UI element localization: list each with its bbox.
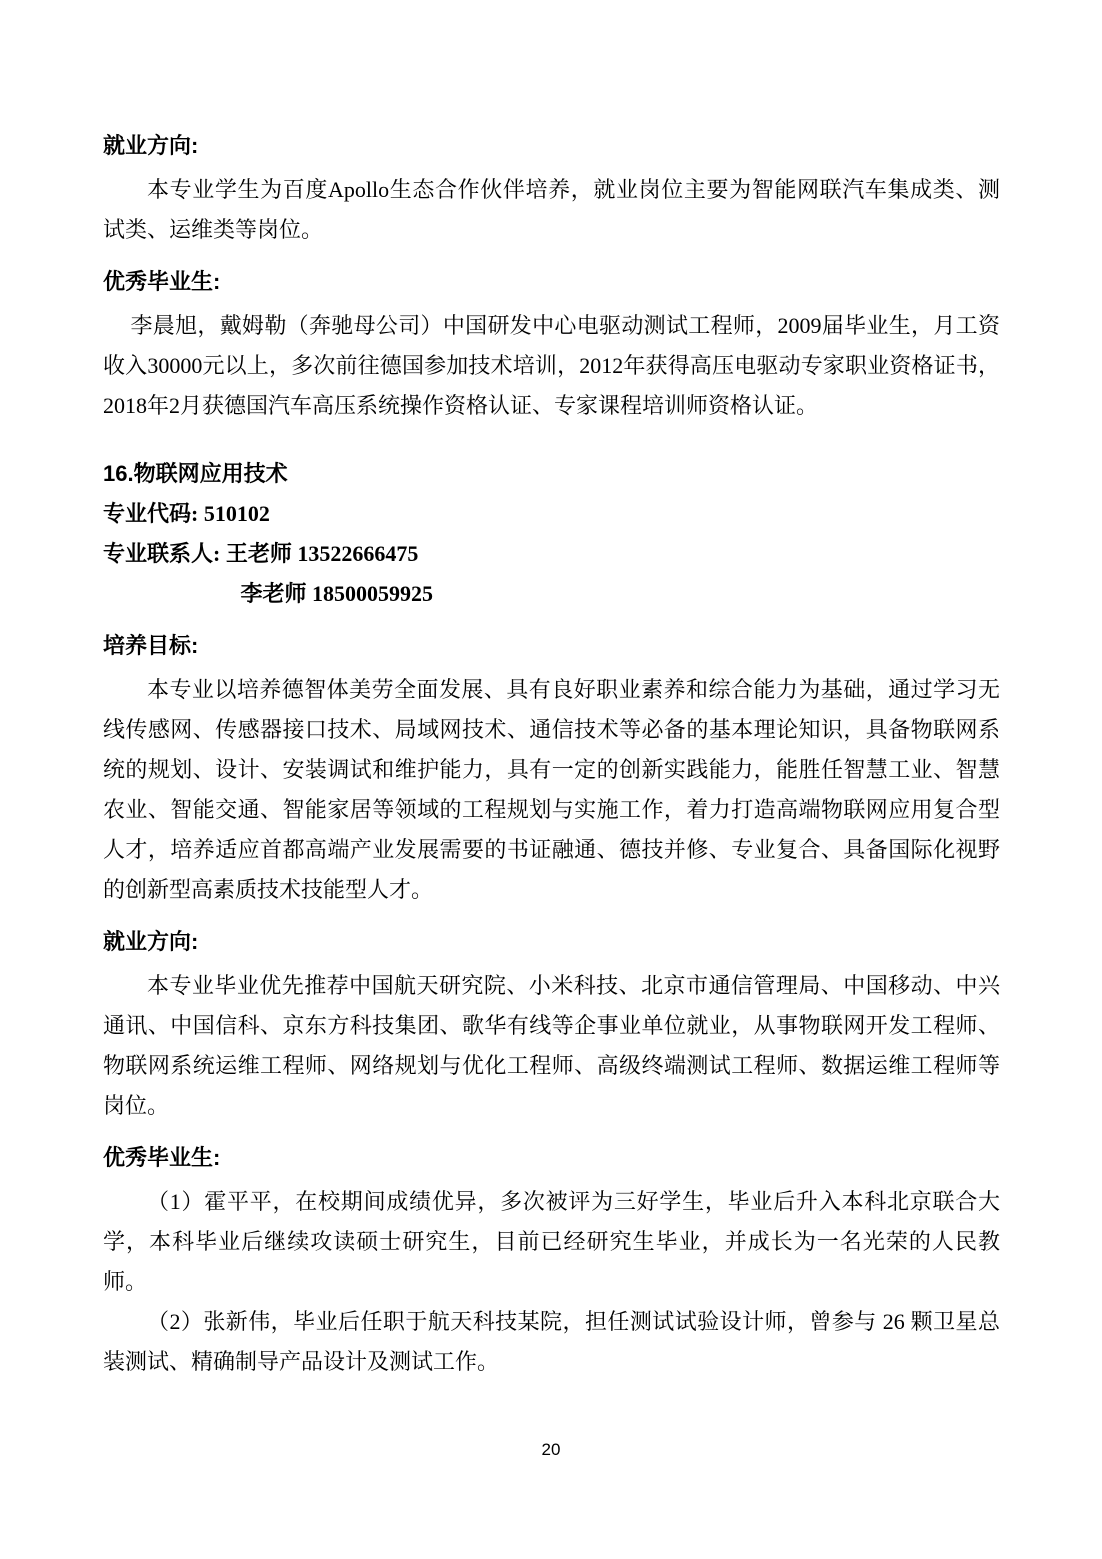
document-page: 就业方向: 本专业学生为百度Apollo生态合作伙伴培养，就业岗位主要为智能网联… bbox=[0, 0, 1102, 1559]
major-contact-label: 专业联系人: bbox=[103, 541, 226, 566]
outstanding-graduates-heading-prev: 优秀毕业生: bbox=[103, 262, 1000, 302]
major-contact-line: 专业联系人: 王老师 13522666475 bbox=[103, 534, 1000, 574]
major-contact-first: 王老师 13522666475 bbox=[226, 541, 419, 566]
major-code-label: 专业代码: bbox=[103, 501, 204, 526]
outstanding-graduates-paragraph-prev: 李晨旭，戴姆勒（奔驰母公司）中国研发中心电驱动测试工程师，2009届毕业生，月工… bbox=[103, 306, 1000, 426]
employment-direction-paragraph-prev: 本专业学生为百度Apollo生态合作伙伴培养，就业岗位主要为智能网联汽车集成类、… bbox=[103, 170, 1000, 250]
outstanding-graduate-2-paragraph: （2）张新伟，毕业后任职于航天科技某院，担任测试试验设计师，曾参与 26 颗卫星… bbox=[103, 1302, 1000, 1382]
employment-direction-heading-prev: 就业方向: bbox=[103, 126, 1000, 166]
outstanding-graduate-1-paragraph: （1）霍平平，在校期间成绩优异，多次被评为三好学生，毕业后升入本科北京联合大学，… bbox=[103, 1182, 1000, 1302]
training-objective-heading: 培养目标: bbox=[103, 626, 1000, 666]
employment-direction-heading: 就业方向: bbox=[103, 922, 1000, 962]
major-code-value: 510102 bbox=[204, 501, 270, 526]
training-objective-paragraph: 本专业以培养德智体美劳全面发展、具有良好职业素养和综合能力为基础，通过学习无线传… bbox=[103, 670, 1000, 910]
major-16-title: 16.物联网应用技术 bbox=[103, 454, 1000, 494]
outstanding-graduates-heading: 优秀毕业生: bbox=[103, 1138, 1000, 1178]
page-number: 20 bbox=[0, 1438, 1102, 1462]
major-contact-second: 李老师 18500059925 bbox=[103, 574, 1000, 614]
employment-direction-paragraph: 本专业毕业优先推荐中国航天研究院、小米科技、北京市通信管理局、中国移动、中兴通讯… bbox=[103, 966, 1000, 1126]
major-code-line: 专业代码: 510102 bbox=[103, 494, 1000, 534]
